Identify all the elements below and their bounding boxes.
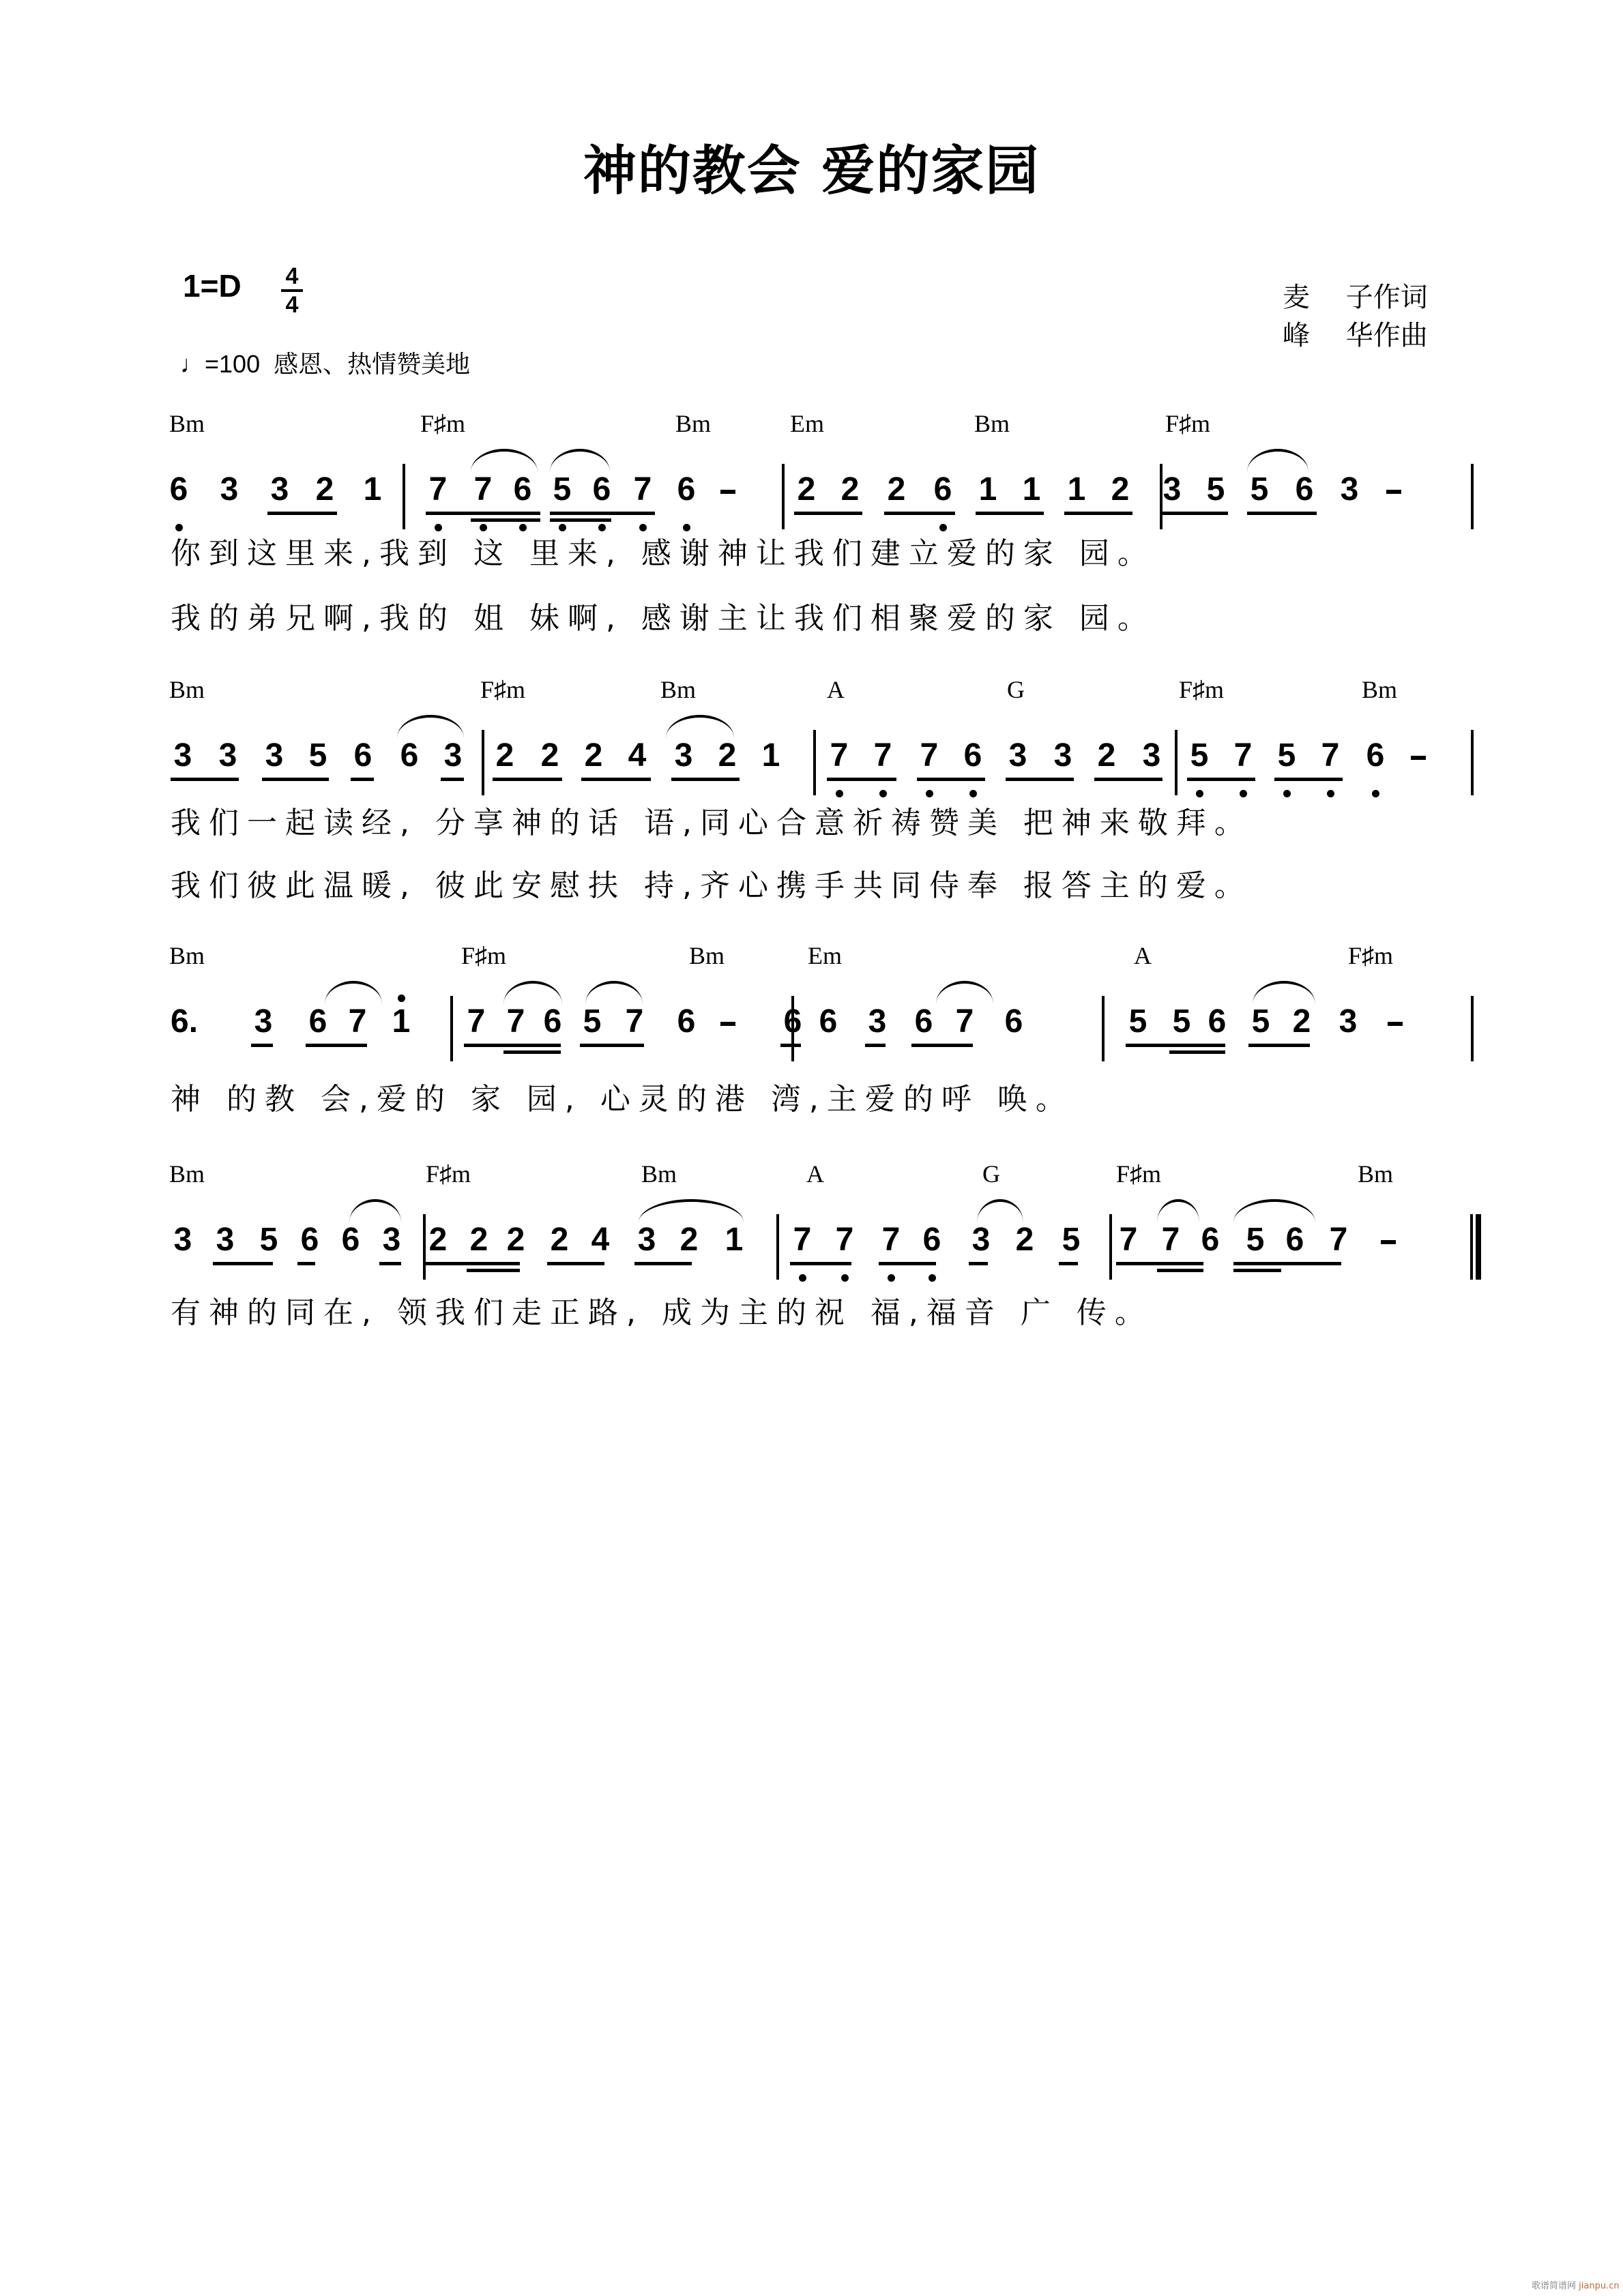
note: 3 <box>262 737 287 775</box>
chord-symbol: F♯m <box>426 1160 471 1188</box>
note: 3 <box>217 471 242 509</box>
barline <box>1471 730 1474 795</box>
note: 3 <box>171 1221 195 1259</box>
lyrics-verse-2: 我的弟兄啊,我的 姐 妹啊, 感谢主让我们相聚爱的家 园。 <box>171 593 1156 637</box>
beam-underline <box>267 512 337 515</box>
lyricist: 麦 子作词 <box>1283 278 1428 317</box>
slur-tie <box>936 981 993 1004</box>
chord-symbol: F♯m <box>461 941 506 970</box>
note: 7 <box>917 737 941 775</box>
beam-underline <box>827 778 896 781</box>
beam-underline <box>441 778 464 781</box>
beam-underline <box>911 1044 973 1047</box>
chord-symbol: Bm <box>169 409 205 438</box>
note: 2 <box>493 737 517 775</box>
note: 2 <box>312 471 337 509</box>
slur-tie <box>1247 449 1308 472</box>
note: 2 <box>1289 1003 1314 1041</box>
lyrics-verse-1: 有神的同在, 领我们走正路, 成为主的祝 福,福音 广 传。 <box>171 1288 1153 1331</box>
chord-symbol: F♯m <box>1116 1160 1161 1188</box>
note: 6 <box>1283 1221 1307 1259</box>
beam-underline <box>580 1044 644 1047</box>
sustain-dash <box>1388 1022 1403 1026</box>
note: 6 <box>1292 471 1317 509</box>
note: 6 <box>306 1003 330 1041</box>
beam-underline <box>351 778 374 781</box>
octave-down-dot <box>926 790 933 797</box>
note: 7 <box>879 1221 903 1259</box>
note: 2 <box>538 737 562 775</box>
beam-underline <box>464 1044 561 1047</box>
chord-symbol: Bm <box>675 409 711 438</box>
note: 6 <box>816 1003 840 1041</box>
beam-underline <box>1247 512 1317 515</box>
note: 1 <box>1019 471 1044 509</box>
barline <box>450 996 453 1061</box>
note: 5 <box>1169 1003 1194 1041</box>
beam-underline <box>969 1262 988 1265</box>
note: 6 <box>920 1221 944 1259</box>
octave-down-dot <box>969 790 977 797</box>
chord-symbol: F♯m <box>420 409 465 438</box>
note: 3 <box>171 737 195 775</box>
note: 2 <box>677 1221 701 1259</box>
note: 2 <box>581 737 606 775</box>
watermark: 歌谱简谱网 jianpu.cn <box>1532 2278 1620 2291</box>
barline <box>776 1214 779 1280</box>
key-text: 1=D <box>183 268 242 304</box>
note: 7 <box>464 1003 488 1041</box>
note: 7 <box>871 737 895 775</box>
chord-symbol: F♯m <box>1165 409 1210 438</box>
octave-down-dot <box>879 790 887 797</box>
note: 3 <box>251 1003 276 1041</box>
expression-text: 感恩、热情赞美地 <box>274 350 470 378</box>
note: 5 <box>1274 737 1299 775</box>
beam-underline <box>1233 1262 1341 1265</box>
octave-down-dot <box>1372 790 1379 797</box>
barline <box>423 1214 426 1280</box>
note: 3 <box>1051 737 1075 775</box>
note: 5 <box>550 471 574 509</box>
lyrics-verse-1: 神 的教 会,爱的 家 园, 心灵的港 湾,主爱的呼 唤。 <box>171 1074 1074 1118</box>
beam-underline <box>790 1262 851 1265</box>
beam-underline <box>794 512 862 515</box>
lyrics-verse-1: 我们一起读经, 分享神的话 语,同心合意祈祷赞美 把神来敬拜。 <box>171 798 1253 842</box>
note: 3 <box>267 471 292 509</box>
beam-underline <box>171 778 239 781</box>
note: 5 <box>1203 471 1228 509</box>
slur-tie <box>1253 981 1315 1004</box>
note: 3 <box>1139 737 1164 775</box>
note: 5 <box>1126 1003 1150 1041</box>
barline <box>1160 464 1163 529</box>
chord-symbol: Bm <box>660 675 696 704</box>
note: 2 <box>1012 1221 1037 1259</box>
chord-symbol: Bm <box>1358 1160 1393 1188</box>
sustain-dash <box>1386 490 1401 494</box>
note: 7 <box>827 737 851 775</box>
note: 2 <box>1094 737 1119 775</box>
slur-tie <box>639 1199 744 1222</box>
time-sig-bottom: 4 <box>286 292 299 318</box>
note: 7 <box>790 1221 815 1259</box>
chord-symbol: A <box>806 1160 824 1188</box>
chord-symbol: A <box>827 675 845 704</box>
slur-tie <box>666 715 734 738</box>
note: 6 <box>1363 737 1388 775</box>
note: 3 <box>1160 471 1184 509</box>
note: 7 <box>832 1221 857 1259</box>
note: 7 <box>952 1003 977 1041</box>
sustain-dash <box>720 490 735 494</box>
note: 6 <box>1198 1221 1223 1259</box>
note: 5 <box>1243 1221 1268 1259</box>
note: 1 <box>1064 471 1089 509</box>
beam-underline <box>581 778 651 781</box>
beam-underline <box>471 518 540 522</box>
barline <box>813 730 816 795</box>
barline <box>782 464 785 529</box>
chord-symbol: Bm <box>641 1160 677 1188</box>
final-barline-thick <box>1476 1214 1481 1280</box>
chord-symbol: Bm <box>689 941 725 970</box>
note: 7 <box>630 471 655 509</box>
chord-symbol: Bm <box>1362 675 1397 704</box>
chord-symbol: Em <box>808 941 842 970</box>
note: 6 <box>510 471 535 509</box>
note: 6 <box>961 737 985 775</box>
beam-underline <box>1274 778 1343 781</box>
beam-underline <box>917 778 985 781</box>
note: 6 <box>589 471 614 509</box>
sustain-dash <box>1411 756 1426 760</box>
beam-underline <box>1233 1269 1281 1272</box>
chord-symbol: G <box>982 1160 1000 1188</box>
chord-symbol: F♯m <box>1179 675 1224 704</box>
beam-underline <box>297 1262 315 1265</box>
credits: 麦 子作词 峰 华作曲 <box>1283 278 1428 355</box>
note: 1 <box>360 471 385 509</box>
note: 7 <box>426 471 450 509</box>
note: 5 <box>1187 737 1212 775</box>
note: 7 <box>1318 737 1343 775</box>
note: 5 <box>1247 471 1272 509</box>
note: 7 <box>1231 737 1255 775</box>
beam-underline <box>1064 512 1132 515</box>
beam-underline <box>467 1269 520 1272</box>
beam-underline <box>1126 1044 1225 1047</box>
beam-underline <box>426 512 540 515</box>
beam-underline <box>426 1262 520 1265</box>
beam-underline <box>634 1262 692 1265</box>
beam-underline <box>547 1262 604 1265</box>
note: 6 <box>166 471 191 509</box>
note: 5 <box>580 1003 604 1041</box>
octave-down-dot <box>1196 790 1203 797</box>
note: 7 <box>471 471 495 509</box>
beam-underline <box>262 778 329 781</box>
note: 2 <box>426 1221 450 1259</box>
chord-symbol: Em <box>790 409 824 438</box>
note: 4 <box>625 737 649 775</box>
time-sig-top: 4 <box>286 263 299 289</box>
beam-underline <box>1169 1050 1225 1054</box>
note: 3 <box>634 1221 659 1259</box>
beam-underline <box>671 778 740 781</box>
octave-down-dot <box>1283 790 1291 797</box>
beam-underline <box>379 1262 401 1265</box>
octave-down-dot <box>841 1274 849 1282</box>
barline <box>1109 1214 1112 1280</box>
chord-symbol: Bm <box>169 675 205 704</box>
beam-underline <box>213 1262 273 1265</box>
barline <box>1175 730 1178 795</box>
beam-underline <box>306 1044 367 1047</box>
octave-down-dot <box>836 790 843 797</box>
note: 3 <box>441 737 465 775</box>
beam-underline <box>884 512 955 515</box>
note: 7 <box>1158 1221 1183 1259</box>
beam-underline <box>1006 778 1074 781</box>
composer: 峰 华作曲 <box>1283 317 1428 355</box>
note: 3 <box>865 1003 890 1041</box>
slur-tie <box>550 449 610 472</box>
note: 3 <box>216 737 240 775</box>
note: 1 <box>722 1221 746 1259</box>
slur-tie <box>1157 1199 1199 1222</box>
note: 6 <box>351 737 375 775</box>
barline <box>1102 996 1105 1061</box>
note: 2 <box>503 1221 528 1259</box>
slur-tie <box>1233 1199 1315 1222</box>
note: 7 <box>622 1003 647 1041</box>
note: 6 <box>911 1003 936 1041</box>
slur-tie <box>397 715 464 738</box>
note: 6 <box>297 1221 322 1259</box>
watermark-cn: 歌谱简谱网 <box>1532 2281 1576 2291</box>
note: 6 <box>931 471 955 509</box>
sustain-dash <box>720 1022 735 1026</box>
beam-underline <box>550 518 611 522</box>
slur-tie <box>471 449 538 472</box>
note: 3 <box>1336 1003 1360 1041</box>
chord-symbol: F♯m <box>480 675 525 704</box>
note: 5 <box>1059 1221 1083 1259</box>
beam-underline <box>1094 778 1163 781</box>
note: 3 <box>213 1221 237 1259</box>
sustain-dash <box>1381 1240 1396 1244</box>
note: 6 <box>1205 1003 1229 1041</box>
note: 3 <box>379 1221 404 1259</box>
key-signature: 1=D <box>183 267 242 304</box>
song-title: 神的教会 爱的家园 <box>0 128 1623 205</box>
note: 7 <box>503 1003 528 1041</box>
barline <box>1471 996 1474 1061</box>
beam-underline <box>1059 1262 1078 1265</box>
note: 6 <box>540 1003 565 1041</box>
note: 6 <box>1001 1003 1026 1041</box>
note: 2 <box>467 1221 491 1259</box>
note: 6 <box>674 1003 699 1041</box>
beam-underline <box>976 512 1044 515</box>
chord-symbol: Bm <box>169 1160 205 1188</box>
note: 2 <box>547 1221 572 1259</box>
note: 2 <box>1108 471 1132 509</box>
lyrics-verse-2: 我们彼此温暖, 彼此安慰扶 持,齐心携手共同侍奉 报答主的爱。 <box>171 861 1253 904</box>
beam-underline <box>1187 778 1255 781</box>
beam-underline <box>1160 512 1228 515</box>
note: 6. <box>171 1003 195 1041</box>
chord-symbol: F♯m <box>1348 941 1393 970</box>
chord-symbol: Bm <box>974 409 1010 438</box>
note: 2 <box>715 737 740 775</box>
note: 3 <box>1006 737 1030 775</box>
beam-underline <box>1248 1044 1310 1047</box>
note: 3 <box>1337 471 1362 509</box>
slur-tie <box>585 981 643 1004</box>
barline <box>1471 464 1474 529</box>
tempo-marking: ♩=100 感恩、热情赞美地 <box>180 345 470 380</box>
chord-symbol: G <box>1007 675 1025 704</box>
note: 2 <box>884 471 909 509</box>
barline <box>482 730 484 795</box>
chord-symbol: Bm <box>169 941 205 970</box>
slur-tie <box>325 981 382 1004</box>
slur-tie <box>977 1199 1023 1222</box>
note: 7 <box>1326 1221 1351 1259</box>
note: 5 <box>257 1221 281 1259</box>
note: 6 <box>674 471 699 509</box>
slur-tie <box>503 981 562 1004</box>
note: 5 <box>1248 1003 1273 1041</box>
beam-underline <box>493 778 562 781</box>
note: 1 <box>389 1003 413 1041</box>
note: 5 <box>306 737 330 775</box>
note: 1 <box>759 737 783 775</box>
barline <box>791 996 794 1061</box>
lyrics-verse-1: 你到这里来,我到 这 里来, 感谢神让我们建立爱的家 园。 <box>171 529 1156 572</box>
octave-down-dot <box>1327 790 1334 797</box>
note: 2 <box>794 471 819 509</box>
note: 7 <box>345 1003 370 1041</box>
note: 3 <box>969 1221 993 1259</box>
beam-underline <box>865 1044 886 1047</box>
note: 1 <box>976 471 1000 509</box>
note: 6 <box>338 1221 363 1259</box>
octave-down-dot <box>1240 790 1247 797</box>
beam-underline <box>251 1044 273 1047</box>
beam-underline <box>1157 1269 1203 1272</box>
beam-underline <box>780 1044 801 1047</box>
tempo-value: ♩=100 <box>180 350 260 378</box>
time-signature: 4 4 <box>281 265 303 317</box>
chord-symbol: A <box>1134 941 1152 970</box>
slur-tie <box>349 1199 401 1222</box>
note: 6 <box>397 737 422 775</box>
note: 3 <box>671 737 696 775</box>
beam-underline <box>1116 1262 1203 1265</box>
final-barline-thin <box>1470 1214 1473 1280</box>
note: 7 <box>1116 1221 1141 1259</box>
octave-down-dot <box>888 1274 895 1282</box>
octave-down-dot <box>799 1274 806 1282</box>
beam-underline <box>550 512 655 515</box>
octave-up-dot <box>398 995 405 1002</box>
note: 4 <box>588 1221 613 1259</box>
beam-underline <box>503 1050 561 1054</box>
watermark-url: jianpu.cn <box>1579 2281 1619 2291</box>
beam-underline <box>879 1262 936 1265</box>
barline <box>403 464 405 529</box>
octave-down-dot <box>929 1274 936 1282</box>
note: 2 <box>838 471 862 509</box>
